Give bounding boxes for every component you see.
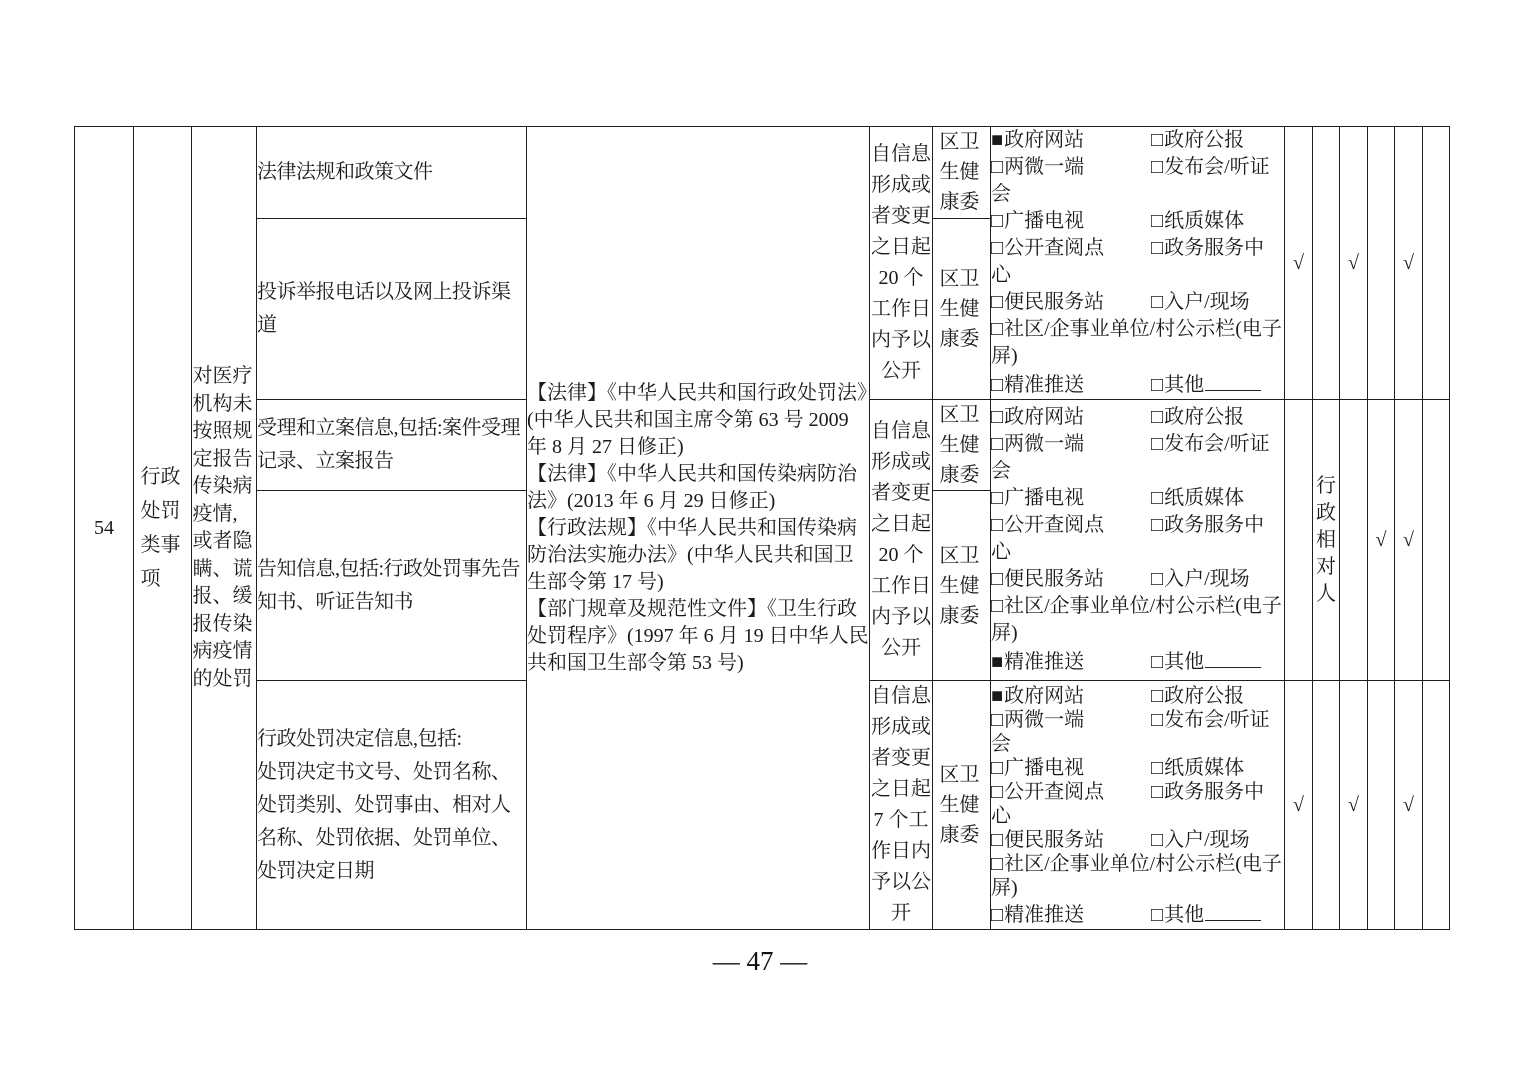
- checkbox-unchecked-icon: □: [1151, 487, 1163, 509]
- channel-option-label: 两微一端: [1004, 156, 1084, 178]
- channel-option: □公开查阅点: [991, 235, 1151, 262]
- channel-option-label: 政府网站: [1004, 129, 1084, 151]
- mark-cell: [1368, 681, 1395, 930]
- legal-basis-paragraph: 【法律】《中华人民共和国行政处罚法》(中华人民共和国主席令第 63 号 2009…: [527, 380, 869, 461]
- mark-cell: √: [1285, 127, 1313, 400]
- channel-option: □精准推送: [991, 903, 1151, 927]
- mark-cell: √: [1368, 400, 1395, 681]
- channel-option: □两微一端: [991, 431, 1151, 458]
- checkbox-checked-icon: ■: [991, 651, 1003, 673]
- channel-option-label: 便民服务站: [1004, 568, 1104, 590]
- channel-option: □其他: [1151, 374, 1261, 396]
- channel-option: □公开查阅点: [991, 512, 1151, 539]
- blank-underline: [1205, 647, 1261, 668]
- checkbox-unchecked-icon: □: [1151, 210, 1163, 232]
- checkbox-unchecked-icon: □: [1151, 129, 1163, 151]
- channel-option: □广播电视: [991, 756, 1151, 780]
- mark-text: √: [1343, 792, 1365, 819]
- agency-text: 区卫生健康委: [940, 127, 984, 217]
- checkbox-unchecked-icon: □: [1151, 651, 1163, 673]
- channel-option: □入户/现场: [1151, 829, 1250, 851]
- checkbox-unchecked-icon: □: [1151, 829, 1163, 851]
- item-cell-notification: 告知信息,包括:行政处罚事先告知书、听证告知书: [257, 491, 527, 681]
- checkbox-unchecked-icon: □: [991, 781, 1003, 803]
- channel-option-label: 广播电视: [1004, 487, 1084, 509]
- checkbox-unchecked-icon: □: [991, 210, 1003, 232]
- channel-option: □社区/企事业单位/村公示栏(电子屏): [991, 853, 1282, 899]
- blank-underline: [1205, 370, 1261, 391]
- channel-option-label: 政府公报: [1164, 129, 1244, 151]
- channel-option: □入户/现场: [1151, 291, 1250, 313]
- checkbox-unchecked-icon: □: [1151, 237, 1163, 259]
- channel-option: □入户/现场: [1151, 568, 1250, 590]
- channel-option: □便民服务站: [991, 289, 1151, 316]
- channel-option: ■精准推送: [991, 649, 1151, 676]
- agency-text: 区卫生健康委: [940, 760, 984, 850]
- checkbox-unchecked-icon: □: [1151, 685, 1163, 707]
- mark-cell: [1423, 681, 1450, 930]
- channel-option-label: 广播电视: [1004, 210, 1084, 232]
- channel-option: □政府网站: [991, 404, 1151, 431]
- mark-cell: [1340, 400, 1368, 681]
- legal-basis-paragraph: 【行政法规】《中华人民共和国传染病防治法实施办法》(中华人民共和国卫生部令第 1…: [527, 515, 869, 596]
- channel-option: □广播电视: [991, 208, 1151, 235]
- checkbox-unchecked-icon: □: [991, 374, 1003, 396]
- channel-option-label: 精准推送: [1004, 904, 1084, 926]
- channel-option-label: 政府公报: [1164, 685, 1244, 707]
- checkbox-unchecked-icon: □: [1151, 709, 1163, 731]
- category-text: 行政处罚类事项: [141, 460, 185, 596]
- item-cell-acceptance: 受理和立案信息,包括:案件受理记录、立案报告: [257, 400, 527, 491]
- mark-text: √: [1288, 250, 1310, 277]
- channel-option-label: 公开查阅点: [1004, 514, 1104, 536]
- checkbox-unchecked-icon: □: [1151, 406, 1163, 428]
- agency-text: 区卫生健康委: [940, 400, 984, 490]
- mark-cell: [1423, 127, 1450, 400]
- channel-option-label: 社区/企事业单位/村公示栏(电子屏): [991, 853, 1282, 899]
- checkbox-unchecked-icon: □: [1151, 291, 1163, 313]
- checkbox-unchecked-icon: □: [991, 237, 1003, 259]
- channel-option: □政府公报: [1151, 685, 1244, 707]
- channel-option-label: 其他: [1164, 904, 1204, 926]
- channel-option: □社区/企事业单位/村公示栏(电子屏): [991, 595, 1282, 644]
- checkbox-unchecked-icon: □: [991, 709, 1003, 731]
- channel-option-label: 入户/现场: [1164, 568, 1250, 590]
- channel-option: □社区/企事业单位/村公示栏(电子屏): [991, 318, 1282, 367]
- category-cell: 行政处罚类事项: [134, 127, 192, 930]
- channel-option: □公开查阅点: [991, 780, 1151, 804]
- item-cell-complaint: 投诉举报电话以及网上投诉渠道: [257, 218, 527, 399]
- channel-option-label: 两微一端: [1004, 433, 1084, 455]
- item-cell-laws: 法律法规和政策文件: [257, 127, 527, 219]
- disclosure-table: 54 行政处罚类事项 对医疗机构未按照规定报告传染病疫情,或者隐瞒、谎报、缓报传…: [74, 126, 1450, 930]
- mark-text: √: [1398, 250, 1420, 277]
- checkbox-checked-icon: ■: [991, 685, 1003, 707]
- checkbox-unchecked-icon: □: [991, 291, 1003, 313]
- channel-option: □广播电视: [991, 485, 1151, 512]
- channels-cell-block1: ■政府网站□政府公报□两微一端□发布会/听证会□广播电视□纸质媒体□公开查阅点□…: [991, 127, 1285, 400]
- channel-option-label: 社区/企事业单位/村公示栏(电子屏): [991, 595, 1282, 644]
- channel-option-label: 便民服务站: [1004, 829, 1104, 851]
- channel-option-label: 入户/现场: [1164, 291, 1250, 313]
- checkbox-unchecked-icon: □: [1151, 781, 1163, 803]
- checkbox-unchecked-icon: □: [991, 757, 1003, 779]
- mark-text: √: [1288, 792, 1310, 819]
- mark-cell: [1285, 400, 1313, 681]
- channel-option: □便民服务站: [991, 828, 1151, 852]
- checkbox-unchecked-icon: □: [1151, 374, 1163, 396]
- checkbox-unchecked-icon: □: [991, 514, 1003, 536]
- deadline-cell-block3: 自信息 形成或 者变更 之日起 7 个工 作日内 予以公 开: [870, 681, 933, 930]
- mark-text: √: [1398, 792, 1420, 819]
- item-cell-decision: 行政处罚决定信息,包括: 处罚决定书文号、处罚名称、处罚类别、处罚事由、相对人名…: [257, 681, 527, 930]
- subject-cell: 行政相对人: [1313, 400, 1340, 681]
- agency-text: 区卫生健康委: [940, 264, 984, 354]
- channel-option: ■政府网站: [991, 127, 1151, 154]
- checkbox-unchecked-icon: □: [991, 318, 1003, 340]
- mark-cell: √: [1340, 681, 1368, 930]
- legal-basis-paragraph: 【部门规章及规范性文件】《卫生行政处罚程序》(1997 年 6 月 19 日中华…: [527, 596, 869, 677]
- channel-option-label: 纸质媒体: [1164, 757, 1244, 779]
- channel-option: □政府公报: [1151, 406, 1244, 428]
- legal-basis-paragraph: 【法律】《中华人民共和国传染病防治法》(2013 年 6 月 29 日修正): [527, 461, 869, 515]
- channel-option-label: 精准推送: [1004, 651, 1084, 673]
- channel-option-label: 纸质媒体: [1164, 487, 1244, 509]
- channel-option: □纸质媒体: [1151, 487, 1244, 509]
- channel-option-label: 其他: [1164, 374, 1204, 396]
- channel-option-label: 政府公报: [1164, 406, 1244, 428]
- channel-option: □便民服务站: [991, 566, 1151, 593]
- checkbox-unchecked-icon: □: [1151, 757, 1163, 779]
- channel-option: □政府公报: [1151, 129, 1244, 151]
- checkbox-unchecked-icon: □: [991, 487, 1003, 509]
- agency-cell: 区卫生健康委: [933, 491, 991, 681]
- mark-text: √: [1370, 527, 1392, 554]
- channel-option-label: 两微一端: [1004, 709, 1084, 731]
- checkbox-unchecked-icon: □: [991, 156, 1003, 178]
- channel-option: □纸质媒体: [1151, 210, 1244, 232]
- agency-cell: 区卫生健康委: [933, 681, 991, 930]
- deadline-cell-block2: 自信息 形成或 者变更 之日起 20 个 工作日 内予以 公开: [870, 400, 933, 681]
- channel-option-label: 入户/现场: [1164, 829, 1250, 851]
- checkbox-unchecked-icon: □: [1151, 568, 1163, 590]
- mark-cell: [1313, 127, 1340, 400]
- channels-cell-block3: ■政府网站□政府公报□两微一端□发布会/听证会□广播电视□纸质媒体□公开查阅点□…: [991, 681, 1285, 930]
- mark-text: √: [1398, 527, 1420, 554]
- checkbox-unchecked-icon: □: [991, 595, 1003, 617]
- checkbox-unchecked-icon: □: [991, 406, 1003, 428]
- table-row: 54 行政处罚类事项 对医疗机构未按照规定报告传染病疫情,或者隐瞒、谎报、缓报传…: [75, 127, 1450, 219]
- checkbox-unchecked-icon: □: [1151, 433, 1163, 455]
- channel-option-label: 政府网站: [1004, 406, 1084, 428]
- channel-option: □精准推送: [991, 372, 1151, 399]
- channel-option: □纸质媒体: [1151, 757, 1244, 779]
- subject-text: 行政相对人: [1315, 473, 1337, 608]
- mark-cell: √: [1395, 681, 1423, 930]
- channel-option: □其他: [1151, 904, 1261, 926]
- channel-option-label: 公开查阅点: [1004, 781, 1104, 803]
- mark-cell: [1423, 400, 1450, 681]
- channel-option-label: 广播电视: [1004, 757, 1084, 779]
- checkbox-unchecked-icon: □: [991, 433, 1003, 455]
- channel-option: ■政府网站: [991, 684, 1151, 708]
- channels-cell-block2: □政府网站□政府公报□两微一端□发布会/听证会□广播电视□纸质媒体□公开查阅点□…: [991, 400, 1285, 681]
- checkbox-checked-icon: ■: [991, 129, 1003, 151]
- checkbox-unchecked-icon: □: [1151, 514, 1163, 536]
- channel-option-label: 公开查阅点: [1004, 237, 1104, 259]
- checkbox-unchecked-icon: □: [991, 568, 1003, 590]
- checkbox-unchecked-icon: □: [991, 853, 1003, 875]
- mark-text: √: [1343, 250, 1365, 277]
- mark-cell: [1368, 127, 1395, 400]
- checkbox-unchecked-icon: □: [991, 829, 1003, 851]
- channel-option-label: 精准推送: [1004, 374, 1084, 396]
- blank-underline: [1205, 900, 1261, 921]
- channel-option: □两微一端: [991, 708, 1151, 732]
- checkbox-unchecked-icon: □: [1151, 156, 1163, 178]
- matter-text: 对医疗机构未按照规定报告传染病疫情,或者隐瞒、谎报、缓报传染病疫情的处罚: [193, 363, 256, 693]
- mark-cell: √: [1340, 127, 1368, 400]
- agency-cell: 区卫生健康委: [933, 218, 991, 399]
- mark-cell: √: [1285, 681, 1313, 930]
- mark-cell: [1313, 681, 1340, 930]
- channel-option-label: 便民服务站: [1004, 291, 1104, 313]
- channel-option: □其他: [1151, 651, 1261, 673]
- serial-number-cell: 54: [75, 127, 134, 930]
- channel-option-label: 政府网站: [1004, 685, 1084, 707]
- agency-text: 区卫生健康委: [940, 541, 984, 631]
- channel-option: □两微一端: [991, 154, 1151, 181]
- channel-option-label: 纸质媒体: [1164, 210, 1244, 232]
- mark-cell: √: [1395, 127, 1423, 400]
- checkbox-unchecked-icon: □: [991, 904, 1003, 926]
- channel-option-label: 其他: [1164, 651, 1204, 673]
- mark-cell: √: [1395, 400, 1423, 681]
- channel-option-label: 社区/企事业单位/村公示栏(电子屏): [991, 318, 1282, 367]
- checkbox-unchecked-icon: □: [1151, 904, 1163, 926]
- matter-cell: 对医疗机构未按照规定报告传染病疫情,或者隐瞒、谎报、缓报传染病疫情的处罚: [192, 127, 257, 930]
- page-number: — 47 —: [0, 946, 1520, 977]
- agency-cell: 区卫生健康委: [933, 127, 991, 219]
- document-page: 54 行政处罚类事项 对医疗机构未按照规定报告传染病疫情,或者隐瞒、谎报、缓报传…: [0, 0, 1520, 1074]
- agency-cell: 区卫生健康委: [933, 400, 991, 491]
- legal-basis-cell: 【法律】《中华人民共和国行政处罚法》(中华人民共和国主席令第 63 号 2009…: [527, 127, 870, 930]
- deadline-cell-block1: 自信息 形成或 者变更 之日起 20 个 工作日 内予以 公开: [870, 127, 933, 400]
